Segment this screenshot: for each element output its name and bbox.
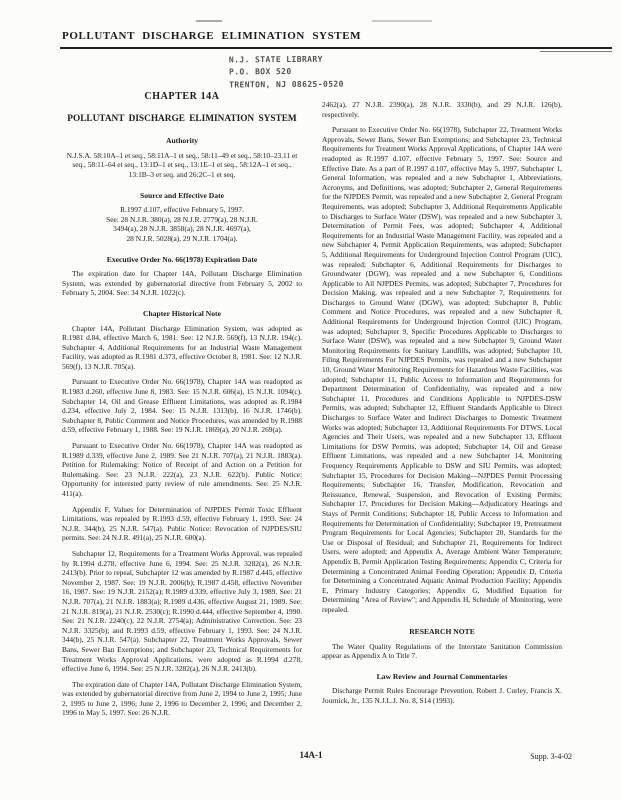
footer-supplement: Supp. 3-4-02 <box>530 752 572 761</box>
document-page: POLLUTANT DISCHARGE ELIMINATION SYSTEM N… <box>0 0 622 800</box>
chapter-title: POLLUTANT DISCHARGE ELIMINATION SYSTEM <box>62 115 302 125</box>
scan-artifact <box>540 51 612 52</box>
scan-artifact <box>196 20 222 22</box>
authority-heading: Authority <box>62 136 302 146</box>
source-line: 28 N.J.R. 5028(a), 29 N.J.R. 1704(a). <box>62 234 302 244</box>
source-heading: Source and Effective Date <box>62 191 302 201</box>
historical-paragraph: The expiration date of Chapter 14A, Poll… <box>62 680 302 718</box>
historical-paragraph: Subchapter 12, Requirements for a Treatm… <box>62 549 302 674</box>
footer-page-number: 14A-1 <box>0 750 622 760</box>
historical-paragraph: Chapter 14A, Pollutant Discharge Elimina… <box>62 324 302 372</box>
source-line: 3494(a), 28 N.J.R. 3858(a), 28 N.J.R. 46… <box>62 224 302 234</box>
historical-paragraph: Pursuant to Executive Order No. 66(1978)… <box>62 441 302 499</box>
expiration-heading: Executive Order No. 66(1978) Expiration … <box>62 255 302 265</box>
scan-artifact <box>372 20 432 22</box>
historical-paragraph: Pursuant to Executive Order No. 66(1978)… <box>62 377 302 435</box>
running-head-title: POLLUTANT DISCHARGE ELIMINATION SYSTEM <box>62 30 602 42</box>
research-note-text: The Water Quality Regulations of the Int… <box>322 642 562 661</box>
stamp-line-3: TRENTON, NJ 08625-0520 <box>229 78 344 91</box>
stamp-line-1: N.J. STATE LIBRARY <box>229 54 344 67</box>
source-line: See: 28 N.J.R. 380(a), 28 N.J.R. 2779(a)… <box>62 215 302 225</box>
law-review-heading: Law Review and Journal Commentaries <box>322 672 562 682</box>
chapter-number: CHAPTER 14A <box>62 92 302 102</box>
law-review-text: Discharge Permit Rules Encourage Prevent… <box>322 686 562 705</box>
source-line: R.1997 d.107, effective February 5, 1997… <box>62 205 302 215</box>
library-stamp: N.J. STATE LIBRARY P.O. BOX 520 TRENTON,… <box>229 54 344 92</box>
stamp-line-2: P.O. BOX 520 <box>229 66 344 79</box>
research-note-heading: RESEARCH NOTE <box>322 627 562 637</box>
historical-paragraph: Appendix F, Values for Determination of … <box>62 505 302 543</box>
expiration-text: The expiration date for Chapter 14A, Pol… <box>62 269 302 298</box>
continuation-text: 2462(a), 27 N.J.R. 2390(a), 28 N.J.R. 33… <box>322 100 562 119</box>
readoption-paragraph: Pursuant to Executive Order No. 66(1978)… <box>322 125 562 614</box>
right-column-body: 2462(a), 27 N.J.R. 2390(a), 28 N.J.R. 33… <box>322 100 562 616</box>
header-divider <box>60 47 612 49</box>
historical-note-heading: Chapter Historical Note <box>62 309 302 319</box>
left-column: CHAPTER 14A POLLUTANT DISCHARGE ELIMINAT… <box>62 92 302 724</box>
authority-text: N.J.S.A. 58:10A–1 et seq., 58:11A–1 et s… <box>62 151 302 180</box>
right-column: 2462(a), 27 N.J.R. 2390(a), 28 N.J.R. 33… <box>322 100 562 712</box>
